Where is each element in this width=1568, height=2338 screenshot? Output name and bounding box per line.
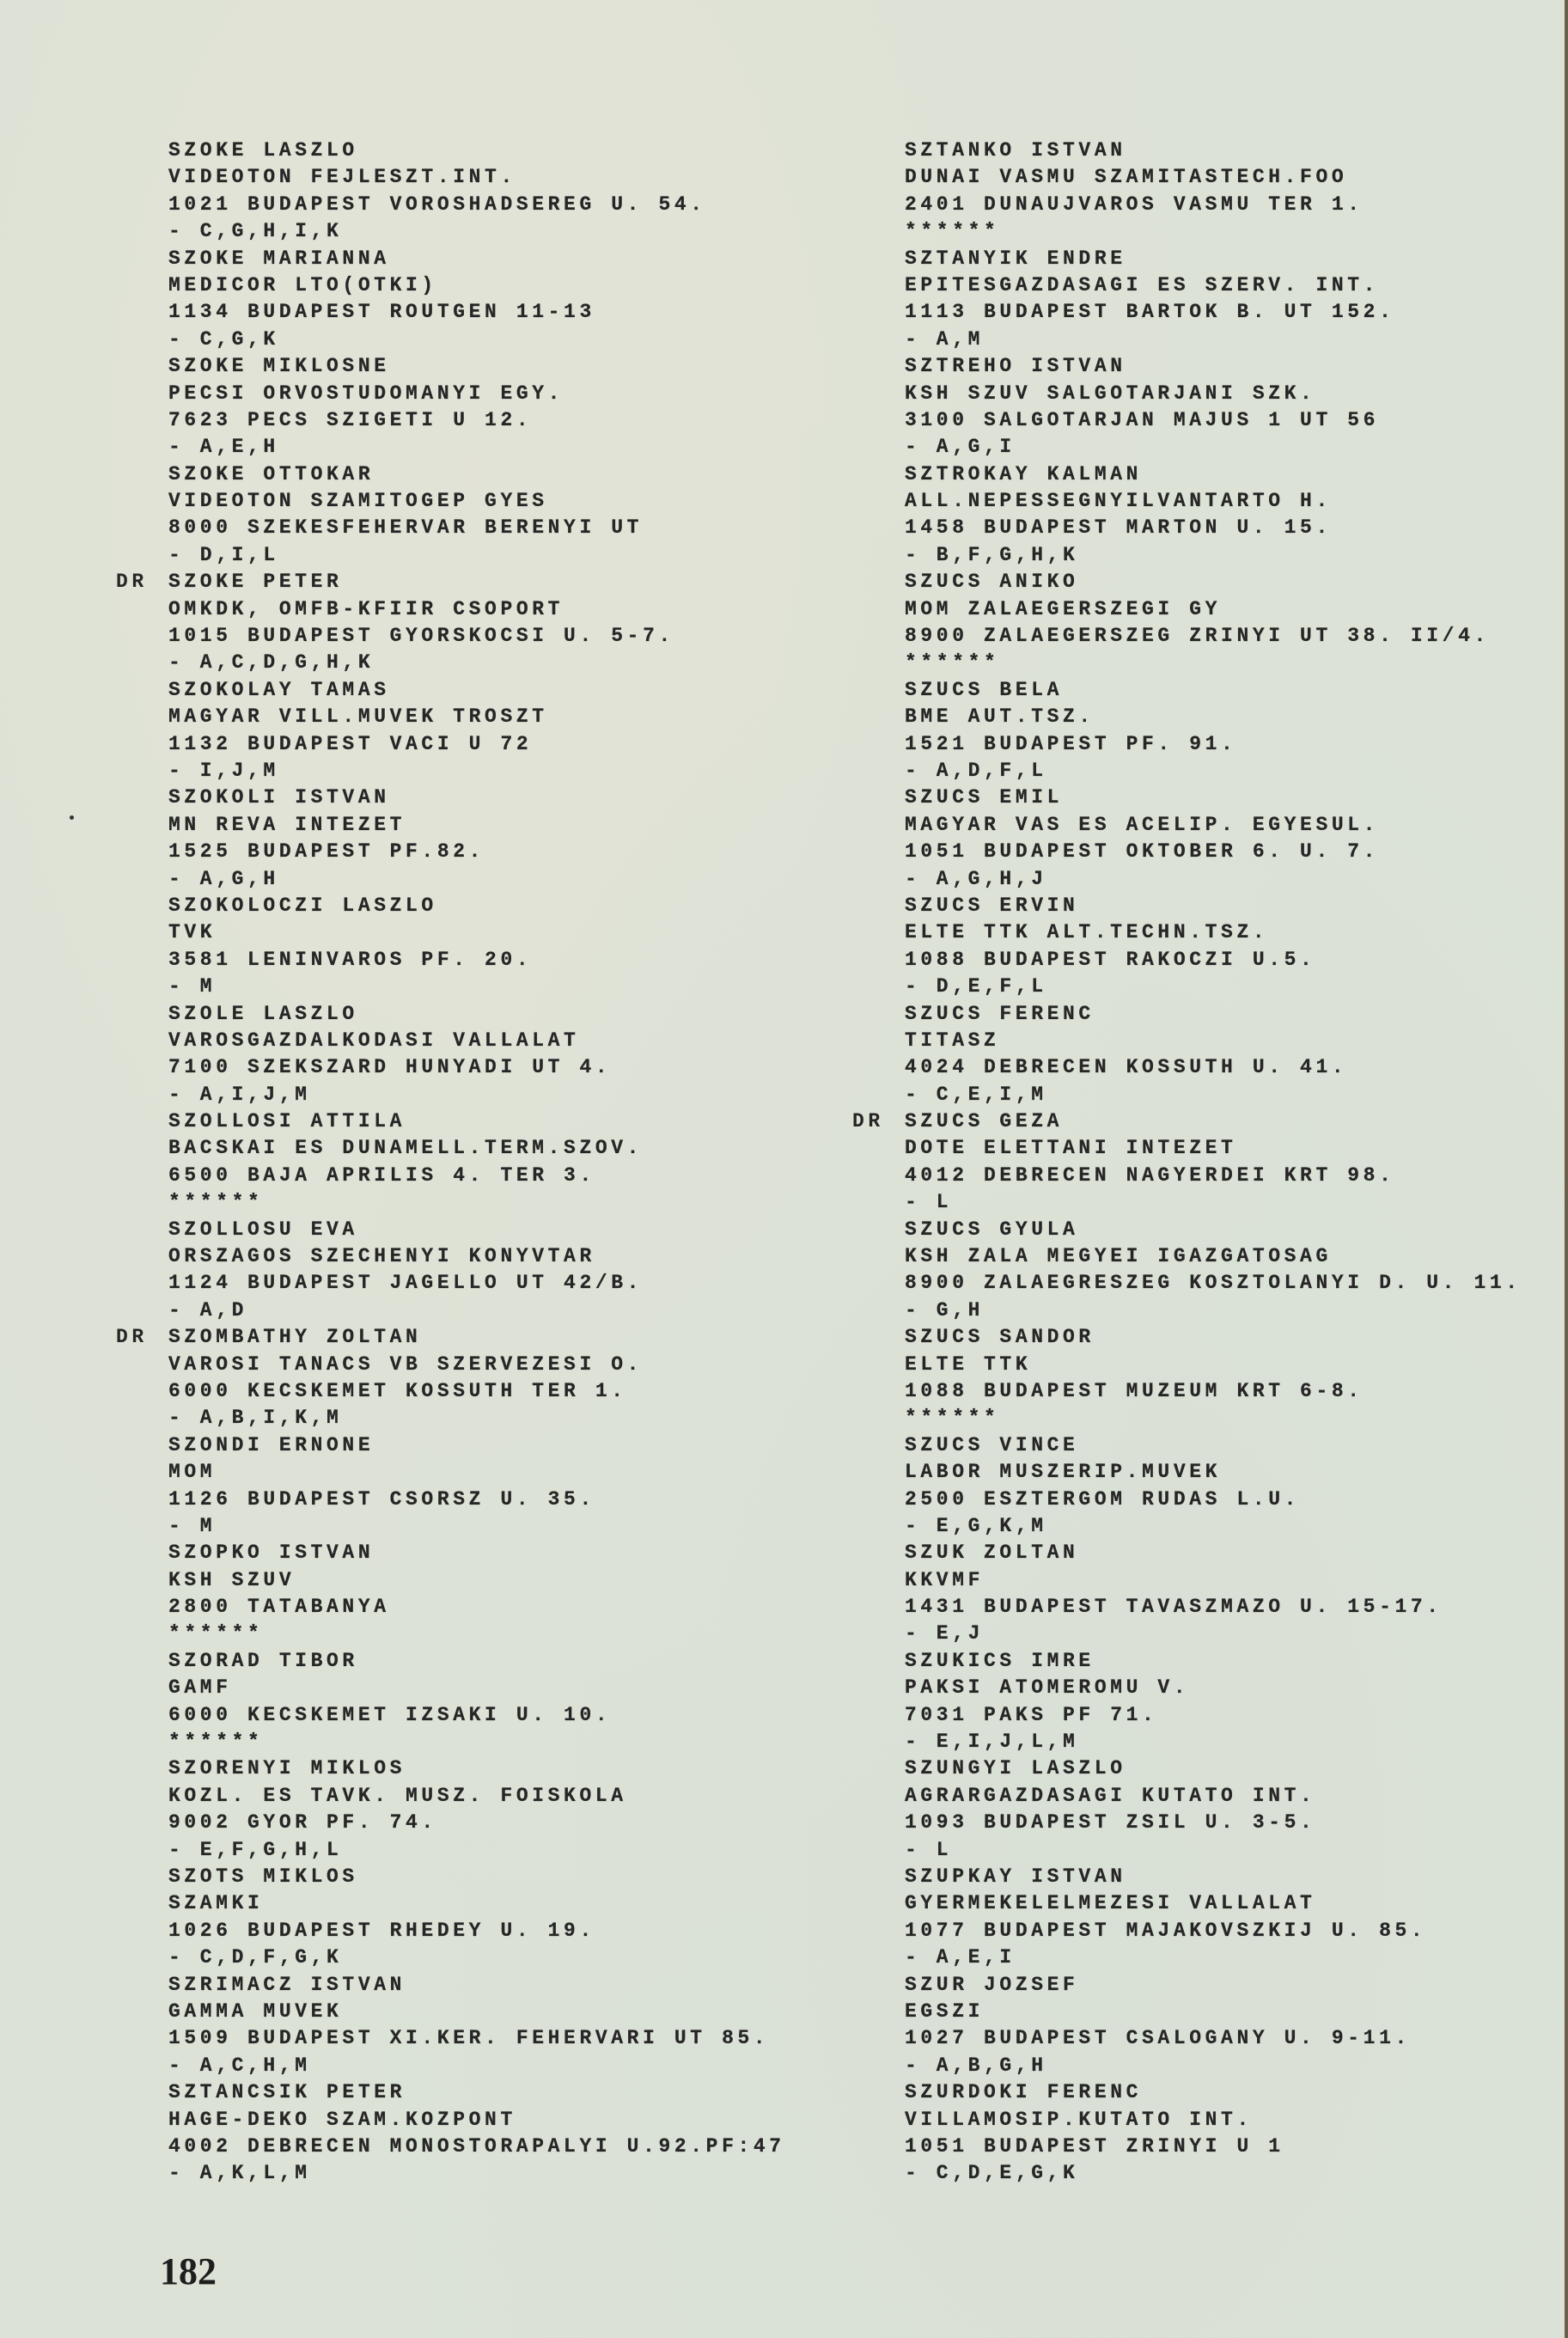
interest-codes: - C,D,E,G,K bbox=[905, 2160, 1522, 2187]
directory-entry: SZUK ZOLTAN KKVMF 1431 BUDAPEST TAVASZMA… bbox=[905, 1540, 1522, 1648]
organization: KSH SZUV bbox=[168, 1567, 785, 1594]
person-name: SZUKICS IMRE bbox=[905, 1648, 1522, 1675]
interest-codes: - A,E,I bbox=[905, 1944, 1522, 1971]
address: 1458 BUDAPEST MARTON U. 15. bbox=[905, 515, 1522, 541]
margin-mark-icon bbox=[70, 815, 74, 820]
address: 1132 BUDAPEST VACI U 72 bbox=[168, 731, 785, 758]
interest-codes: - A,G,H,J bbox=[905, 866, 1522, 893]
organization: ORSZAGOS SZECHENYI KONYVTAR bbox=[168, 1243, 785, 1270]
organization: VAROSGAZDALKODASI VALLALAT bbox=[168, 1028, 785, 1054]
directory-entry: SZRIMACZ ISTVAN GAMMA MUVEK 1509 BUDAPES… bbox=[168, 1972, 785, 2080]
directory-entry: SZUCS GYULA KSH ZALA MEGYEI IGAZGATOSAG … bbox=[905, 1217, 1522, 1325]
interest-codes: - L bbox=[905, 1837, 1522, 1864]
address: 6500 BAJA APRILIS 4. TER 3. bbox=[168, 1163, 785, 1189]
organization: BACSKAI ES DUNAMELL.TERM.SZOV. bbox=[168, 1135, 785, 1162]
address: 1088 BUDAPEST MUZEUM KRT 6-8. bbox=[905, 1378, 1522, 1405]
person-name: SZOKE LASZLO bbox=[168, 137, 785, 164]
address: 1015 BUDAPEST GYORSKOCSI U. 5-7. bbox=[168, 623, 785, 650]
directory-entry: SZOLLOSI ATTILA BACSKAI ES DUNAMELL.TERM… bbox=[168, 1108, 785, 1217]
interest-codes: - A,D,F,L bbox=[905, 758, 1522, 784]
directory-entry: SZUNGYI LASZLO AGRARGAZDASAGI KUTATO INT… bbox=[905, 1755, 1522, 1864]
directory-entry: SZUCS FERENC TITASZ 4024 DEBRECEN KOSSUT… bbox=[905, 1001, 1522, 1109]
interest-codes: - A,B,I,K,M bbox=[168, 1405, 785, 1431]
interest-codes: - A,I,J,M bbox=[168, 1082, 785, 1108]
person-name: SZTROKAY KALMAN bbox=[905, 461, 1522, 488]
interest-codes: - D,E,F,L bbox=[905, 974, 1522, 1000]
adjacent-page-edge bbox=[1565, 0, 1568, 2338]
address: 1026 BUDAPEST RHEDEY U. 19. bbox=[168, 1918, 785, 1944]
directory-entry: SZOKE LASZLO VIDEOTON FEJLESZT.INT. 1021… bbox=[168, 137, 785, 246]
organization: GYERMEKELELMEZESI VALLALAT bbox=[905, 1890, 1522, 1917]
organization: GAMF bbox=[168, 1675, 785, 1701]
interest-codes: - A,D bbox=[168, 1297, 785, 1324]
person-name: SZOMBATHY ZOLTAN bbox=[168, 1324, 785, 1351]
address: 2800 TATABANYA bbox=[168, 1594, 785, 1621]
address: 8900 ZALAEGERSZEG ZRINYI UT 38. II/4. bbox=[905, 623, 1522, 650]
directory-entry: SZOLLOSU EVA ORSZAGOS SZECHENYI KONYVTAR… bbox=[168, 1217, 785, 1325]
person-name: SZUK ZOLTAN bbox=[905, 1540, 1522, 1566]
address: 6000 KECSKEMET KOSSUTH TER 1. bbox=[168, 1378, 785, 1405]
address: 2500 ESZTERGOM RUDAS L.U. bbox=[905, 1486, 1522, 1513]
organization: MOM ZALAEGERSZEGI GY bbox=[905, 596, 1522, 623]
organization: MEDICOR LTO(OTKI) bbox=[168, 272, 785, 299]
interest-codes: - B,F,G,H,K bbox=[905, 542, 1522, 569]
organization: MOM bbox=[168, 1459, 785, 1486]
directory-entry: SZTANYIK ENDRE EPITESGAZDASAGI ES SZERV.… bbox=[905, 246, 1522, 354]
organization: KSH SZUV SALGOTARJANI SZK. bbox=[905, 381, 1522, 407]
organization: PAKSI ATOMEROMU V. bbox=[905, 1675, 1522, 1701]
organization: OMKDK, OMFB-KFIIR CSOPORT bbox=[168, 596, 785, 623]
address: 1509 BUDAPEST XI.KER. FEHERVARI UT 85. bbox=[168, 2025, 785, 2052]
directory-entry: SZUCS BELA BME AUT.TSZ. 1521 BUDAPEST PF… bbox=[905, 677, 1522, 785]
address: 3100 SALGOTARJAN MAJUS 1 UT 56 bbox=[905, 407, 1522, 434]
person-name: SZUCS GEZA bbox=[905, 1108, 1522, 1135]
organization: VAROSI TANACS VB SZERVEZESI O. bbox=[168, 1352, 785, 1378]
address: 9002 GYOR PF. 74. bbox=[168, 1810, 785, 1836]
person-name: SZUCS VINCE bbox=[905, 1432, 1522, 1459]
person-name: SZRIMACZ ISTVAN bbox=[168, 1972, 785, 1999]
directory-entry: SZTREHO ISTVAN KSH SZUV SALGOTARJANI SZK… bbox=[905, 353, 1522, 461]
directory-entry: SZUCS SANDOR ELTE TTK 1088 BUDAPEST MUZE… bbox=[905, 1324, 1522, 1432]
person-name: SZUPKAY ISTVAN bbox=[905, 1864, 1522, 1890]
person-name: SZORAD TIBOR bbox=[168, 1648, 785, 1675]
interest-codes: - A,G,I bbox=[905, 434, 1522, 461]
person-name: SZUR JOZSEF bbox=[905, 1972, 1522, 1999]
interest-codes: ****** bbox=[905, 650, 1522, 676]
interest-codes: - E,J bbox=[905, 1621, 1522, 1647]
interest-codes: - C,E,I,M bbox=[905, 1082, 1522, 1108]
address: 1021 BUDAPEST VOROSHADSEREG U. 54. bbox=[168, 192, 785, 218]
person-name: SZOKOLI ISTVAN bbox=[168, 784, 785, 811]
directory-entry: SZONDI ERNONE MOM 1126 BUDAPEST CSORSZ U… bbox=[168, 1432, 785, 1541]
directory-entry: DR SZUCS GEZA DOTE ELETTANI INTEZET 4012… bbox=[905, 1108, 1522, 1217]
title-prefix: DR bbox=[116, 1324, 148, 1351]
address: 8000 SZEKESFEHERVAR BERENYI UT bbox=[168, 515, 785, 541]
person-name: SZOKE MARIANNA bbox=[168, 246, 785, 272]
organization: MAGYAR VILL.MUVEK TROSZT bbox=[168, 704, 785, 730]
person-name: SZONDI ERNONE bbox=[168, 1432, 785, 1459]
person-name: SZUCS BELA bbox=[905, 677, 1522, 704]
organization: GAMMA MUVEK bbox=[168, 1999, 785, 2025]
organization: AGRARGAZDASAGI KUTATO INT. bbox=[905, 1783, 1522, 1810]
interest-codes: - E,F,G,H,L bbox=[168, 1837, 785, 1864]
address: 8900 ZALAEGRESZEG KOSZTOLANYI D. U. 11. bbox=[905, 1270, 1522, 1297]
interest-codes: - C,D,F,G,K bbox=[168, 1944, 785, 1971]
directory-page: SZOKE LASZLO VIDEOTON FEJLESZT.INT. 1021… bbox=[0, 0, 1565, 2338]
person-name: SZOPKO ISTVAN bbox=[168, 1540, 785, 1566]
address: 1134 BUDAPEST ROUTGEN 11-13 bbox=[168, 299, 785, 326]
interest-codes: - L bbox=[905, 1189, 1522, 1216]
organization: VILLAMOSIP.KUTATO INT. bbox=[905, 2107, 1522, 2134]
directory-entry: SZORENYI MIKLOS KOZL. ES TAVK. MUSZ. FOI… bbox=[168, 1755, 785, 1864]
interest-codes: ****** bbox=[905, 218, 1522, 245]
interest-codes: - A,B,G,H bbox=[905, 2053, 1522, 2079]
person-name: SZOKE PETER bbox=[168, 569, 785, 595]
person-name: SZTANCSIK PETER bbox=[168, 2079, 785, 2106]
address: 1124 BUDAPEST JAGELLO UT 42/B. bbox=[168, 1270, 785, 1297]
address: 7031 PAKS PF 71. bbox=[905, 1702, 1522, 1729]
directory-entry: SZOKOLOCZI LASZLO TVK 3581 LENINVAROS PF… bbox=[168, 893, 785, 1001]
address: 1126 BUDAPEST CSORSZ U. 35. bbox=[168, 1486, 785, 1513]
page-number: 182 bbox=[160, 2249, 217, 2293]
interest-codes: - C,G,K bbox=[168, 327, 785, 353]
person-name: SZUCS SANDOR bbox=[905, 1324, 1522, 1351]
address: 1113 BUDAPEST BARTOK B. UT 152. bbox=[905, 299, 1522, 326]
interest-codes: - E,I,J,L,M bbox=[905, 1729, 1522, 1755]
title-prefix: DR bbox=[852, 1108, 884, 1135]
address: 7100 SZEKSZARD HUNYADI UT 4. bbox=[168, 1054, 785, 1081]
address: 2401 DUNAUJVAROS VASMU TER 1. bbox=[905, 192, 1522, 218]
interest-codes: ****** bbox=[168, 1189, 785, 1216]
person-name: SZUCS EMIL bbox=[905, 784, 1522, 811]
address: 6000 KECSKEMET IZSAKI U. 10. bbox=[168, 1702, 785, 1729]
interest-codes: - M bbox=[168, 974, 785, 1000]
person-name: SZURDOKI FERENC bbox=[905, 2079, 1522, 2106]
interest-codes: - D,I,L bbox=[168, 542, 785, 569]
directory-entry: SZUCS ANIKO MOM ZALAEGERSZEGI GY 8900 ZA… bbox=[905, 569, 1522, 677]
interest-codes: ****** bbox=[168, 1729, 785, 1755]
directory-entry: DR SZOMBATHY ZOLTAN VAROSI TANACS VB SZE… bbox=[168, 1324, 785, 1432]
person-name: SZTREHO ISTVAN bbox=[905, 353, 1522, 380]
directory-entry: SZUKICS IMRE PAKSI ATOMEROMU V. 7031 PAK… bbox=[905, 1648, 1522, 1756]
interest-codes: - C,G,H,I,K bbox=[168, 218, 785, 245]
interest-codes: - A,K,L,M bbox=[168, 2160, 785, 2187]
organization: ELTE TTK ALT.TECHN.TSZ. bbox=[905, 919, 1522, 946]
person-name: SZUNGYI LASZLO bbox=[905, 1755, 1522, 1782]
organization: EGSZI bbox=[905, 1999, 1522, 2025]
directory-entry: DR SZOKE PETER OMKDK, OMFB-KFIIR CSOPORT… bbox=[168, 569, 785, 677]
organization: DOTE ELETTANI INTEZET bbox=[905, 1135, 1522, 1162]
address: 1525 BUDAPEST PF.82. bbox=[168, 839, 785, 865]
directory-entry: SZTROKAY KALMAN ALL.NEPESSEGNYILVANTARTO… bbox=[905, 461, 1522, 570]
address: 4002 DEBRECEN MONOSTORAPALYI U.92.PF:47 bbox=[168, 2134, 785, 2160]
organization: SZAMKI bbox=[168, 1890, 785, 1917]
organization: TVK bbox=[168, 919, 785, 946]
address: 7623 PECS SZIGETI U 12. bbox=[168, 407, 785, 434]
person-name: SZOLE LASZLO bbox=[168, 1001, 785, 1028]
directory-entry: SZOKOLAY TAMAS MAGYAR VILL.MUVEK TROSZT … bbox=[168, 677, 785, 785]
directory-entry: SZUCS ERVIN ELTE TTK ALT.TECHN.TSZ. 1088… bbox=[905, 893, 1522, 1001]
organization: VIDEOTON FEJLESZT.INT. bbox=[168, 164, 785, 191]
left-column: SZOKE LASZLO VIDEOTON FEJLESZT.INT. 1021… bbox=[168, 137, 785, 2188]
interest-codes: - A,C,H,M bbox=[168, 2053, 785, 2079]
directory-entry: SZUR JOZSEF EGSZI 1027 BUDAPEST CSALOGAN… bbox=[905, 1972, 1522, 2080]
organization: VIDEOTON SZAMITOGEP GYES bbox=[168, 488, 785, 515]
person-name: SZOKE OTTOKAR bbox=[168, 461, 785, 488]
person-name: SZORENYI MIKLOS bbox=[168, 1755, 785, 1782]
organization: ALL.NEPESSEGNYILVANTARTO H. bbox=[905, 488, 1522, 515]
directory-entry: SZTANKO ISTVAN DUNAI VASMU SZAMITASTECH.… bbox=[905, 137, 1522, 246]
directory-entry: SZUCS EMIL MAGYAR VAS ES ACELIP. EGYESUL… bbox=[905, 784, 1522, 893]
interest-codes: - E,G,K,M bbox=[905, 1513, 1522, 1540]
address: 1077 BUDAPEST MAJAKOVSZKIJ U. 85. bbox=[905, 1918, 1522, 1944]
organization: DUNAI VASMU SZAMITASTECH.FOO bbox=[905, 164, 1522, 191]
interest-codes: - M bbox=[168, 1513, 785, 1540]
interest-codes: ****** bbox=[168, 1621, 785, 1647]
right-column: SZTANKO ISTVAN DUNAI VASMU SZAMITASTECH.… bbox=[905, 137, 1522, 2188]
person-name: SZOKOLOCZI LASZLO bbox=[168, 893, 785, 919]
organization: EPITESGAZDASAGI ES SZERV. INT. bbox=[905, 272, 1522, 299]
interest-codes: - A,G,H bbox=[168, 866, 785, 893]
person-name: SZUCS FERENC bbox=[905, 1001, 1522, 1028]
directory-entry: SZOKE MIKLOSNE PECSI ORVOSTUDOMANYI EGY.… bbox=[168, 353, 785, 461]
organization: KOZL. ES TAVK. MUSZ. FOISKOLA bbox=[168, 1783, 785, 1810]
person-name: SZUCS ANIKO bbox=[905, 569, 1522, 595]
person-name: SZOKOLAY TAMAS bbox=[168, 677, 785, 704]
address: 4024 DEBRECEN KOSSUTH U. 41. bbox=[905, 1054, 1522, 1081]
organization: BME AUT.TSZ. bbox=[905, 704, 1522, 730]
directory-entry: SZUPKAY ISTVAN GYERMEKELELMEZESI VALLALA… bbox=[905, 1864, 1522, 1972]
organization: TITASZ bbox=[905, 1028, 1522, 1054]
person-name: SZUCS GYULA bbox=[905, 1217, 1522, 1243]
organization: LABOR MUSZERIP.MUVEK bbox=[905, 1459, 1522, 1486]
organization: MN REVA INTEZET bbox=[168, 812, 785, 839]
address: 1051 BUDAPEST OKTOBER 6. U. 7. bbox=[905, 839, 1522, 865]
address: 1051 BUDAPEST ZRINYI U 1 bbox=[905, 2134, 1522, 2160]
directory-entry: SZOKE OTTOKAR VIDEOTON SZAMITOGEP GYES 8… bbox=[168, 461, 785, 570]
person-name: SZOTS MIKLOS bbox=[168, 1864, 785, 1890]
directory-entry: SZOTS MIKLOS SZAMKI 1026 BUDAPEST RHEDEY… bbox=[168, 1864, 785, 1972]
person-name: SZUCS ERVIN bbox=[905, 893, 1522, 919]
directory-entry: SZUCS VINCE LABOR MUSZERIP.MUVEK 2500 ES… bbox=[905, 1432, 1522, 1541]
interest-codes: ****** bbox=[905, 1405, 1522, 1431]
directory-entry: SZTANCSIK PETER HAGE-DEKO SZAM.KOZPONT 4… bbox=[168, 2079, 785, 2188]
directory-entry: SZURDOKI FERENC VILLAMOSIP.KUTATO INT. 1… bbox=[905, 2079, 1522, 2188]
organization: ELTE TTK bbox=[905, 1352, 1522, 1378]
interest-codes: - A,C,D,G,H,K bbox=[168, 650, 785, 676]
organization: KKVMF bbox=[905, 1567, 1522, 1594]
address: 1088 BUDAPEST RAKOCZI U.5. bbox=[905, 947, 1522, 974]
address: 3581 LENINVAROS PF. 20. bbox=[168, 947, 785, 974]
directory-entry: SZOKE MARIANNA MEDICOR LTO(OTKI) 1134 BU… bbox=[168, 246, 785, 354]
address: 1027 BUDAPEST CSALOGANY U. 9-11. bbox=[905, 2025, 1522, 2052]
organization: KSH ZALA MEGYEI IGAZGATOSAG bbox=[905, 1243, 1522, 1270]
person-name: SZOLLOSU EVA bbox=[168, 1217, 785, 1243]
address: 1521 BUDAPEST PF. 91. bbox=[905, 731, 1522, 758]
interest-codes: - G,H bbox=[905, 1297, 1522, 1324]
interest-codes: - A,M bbox=[905, 327, 1522, 353]
person-name: SZTANYIK ENDRE bbox=[905, 246, 1522, 272]
organization: PECSI ORVOSTUDOMANYI EGY. bbox=[168, 381, 785, 407]
interest-codes: - I,J,M bbox=[168, 758, 785, 784]
directory-entry: SZOLE LASZLO VAROSGAZDALKODASI VALLALAT … bbox=[168, 1001, 785, 1109]
directory-entry: SZOPKO ISTVAN KSH SZUV 2800 TATABANYA **… bbox=[168, 1540, 785, 1648]
interest-codes: - A,E,H bbox=[168, 434, 785, 461]
title-prefix: DR bbox=[116, 569, 148, 595]
person-name: SZTANKO ISTVAN bbox=[905, 137, 1522, 164]
address: 4012 DEBRECEN NAGYERDEI KRT 98. bbox=[905, 1163, 1522, 1189]
organization: HAGE-DEKO SZAM.KOZPONT bbox=[168, 2107, 785, 2134]
person-name: SZOKE MIKLOSNE bbox=[168, 353, 785, 380]
person-name: SZOLLOSI ATTILA bbox=[168, 1108, 785, 1135]
address: 1093 BUDAPEST ZSIL U. 3-5. bbox=[905, 1810, 1522, 1836]
organization: MAGYAR VAS ES ACELIP. EGYESUL. bbox=[905, 812, 1522, 839]
directory-entry: SZORAD TIBOR GAMF 6000 KECSKEMET IZSAKI … bbox=[168, 1648, 785, 1756]
directory-entry: SZOKOLI ISTVAN MN REVA INTEZET 1525 BUDA… bbox=[168, 784, 785, 893]
address: 1431 BUDAPEST TAVASZMAZO U. 15-17. bbox=[905, 1594, 1522, 1621]
